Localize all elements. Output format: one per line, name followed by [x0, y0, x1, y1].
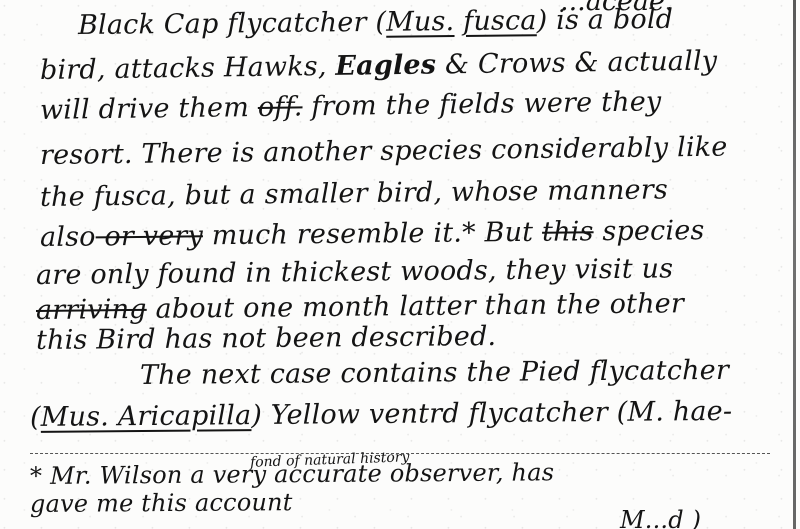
manuscript-page: ...aceae. Black Cap flycatcher (Mus. fus… [0, 0, 800, 529]
text-segment: M...d ) [620, 506, 701, 529]
manuscript-line-8: arriving about one month latter than the… [36, 288, 684, 326]
text-segment: are only found in thickest woods, they v… [36, 253, 674, 291]
text-segment: resort. There is another species conside… [40, 132, 728, 171]
overwritten-word: Eagles [335, 49, 436, 81]
species-name: Mus. Aricapilla [41, 400, 252, 433]
text-segment: gave me this account [30, 488, 293, 518]
text-segment: also [40, 221, 96, 253]
footnote-line-1: * Mr. Wilson a very accurate observer, h… [30, 458, 554, 490]
text-segment: Mr. Wilson a very accurate observer, has [50, 458, 554, 490]
manuscript-line-6: also or very much resemble it.* But this… [40, 215, 705, 253]
footnote-marker: * [30, 462, 42, 490]
manuscript-line-4: resort. There is another species conside… [40, 132, 728, 171]
manuscript-line-11: (Mus. Aricapilla) Yellow ventrd flycatch… [30, 396, 732, 433]
manuscript-line-9: this Bird has not been described. [36, 321, 497, 356]
text-segment: bird, attacks Hawks, [40, 51, 336, 86]
manuscript-line-7: are only found in thickest woods, they v… [36, 253, 674, 291]
text-segment: this Bird has not been described. [36, 321, 497, 356]
text-segment: The next case contains the Pied flycatch… [140, 355, 729, 391]
struck-word: or very [95, 220, 203, 252]
text-segment: much resemble it.* But [203, 217, 542, 252]
struck-word: off. [258, 91, 303, 123]
text-segment: from the fields were they [302, 86, 661, 122]
text-segment: species [593, 215, 704, 247]
struck-word: this [542, 216, 594, 248]
text-segment: ( [30, 402, 41, 433]
text-segment: about one month latter than the other [147, 288, 685, 325]
page-edge-shadow [793, 0, 796, 529]
text-segment: Black Cap flycatcher ( [78, 7, 386, 41]
genus-name: Mus. [386, 6, 455, 38]
text-segment: will drive them [40, 92, 258, 126]
struck-word: arriving [36, 294, 147, 326]
species-name: fusca [463, 5, 537, 37]
text-segment: ) Yellow ventrd flycatcher (M. hae- [251, 396, 732, 431]
manuscript-line-2: bird, attacks Hawks, Eagles & Crows & ac… [40, 46, 718, 86]
manuscript-line-3: will drive them off. from the fields wer… [40, 86, 662, 126]
text-segment: ) is a bold [536, 4, 673, 36]
text-segment: the fusca, but a smaller bird, whose man… [40, 174, 668, 213]
manuscript-line-1: Black Cap flycatcher (Mus. fusca) is a b… [78, 4, 673, 41]
text-segment: & Crows & actually [436, 46, 717, 81]
manuscript-line-5: the fusca, but a smaller bird, whose man… [40, 174, 668, 213]
bottom-fragment: M...d ) [620, 506, 701, 529]
manuscript-line-10: The next case contains the Pied flycatch… [140, 355, 729, 391]
footnote-line-2: gave me this account [30, 488, 293, 518]
